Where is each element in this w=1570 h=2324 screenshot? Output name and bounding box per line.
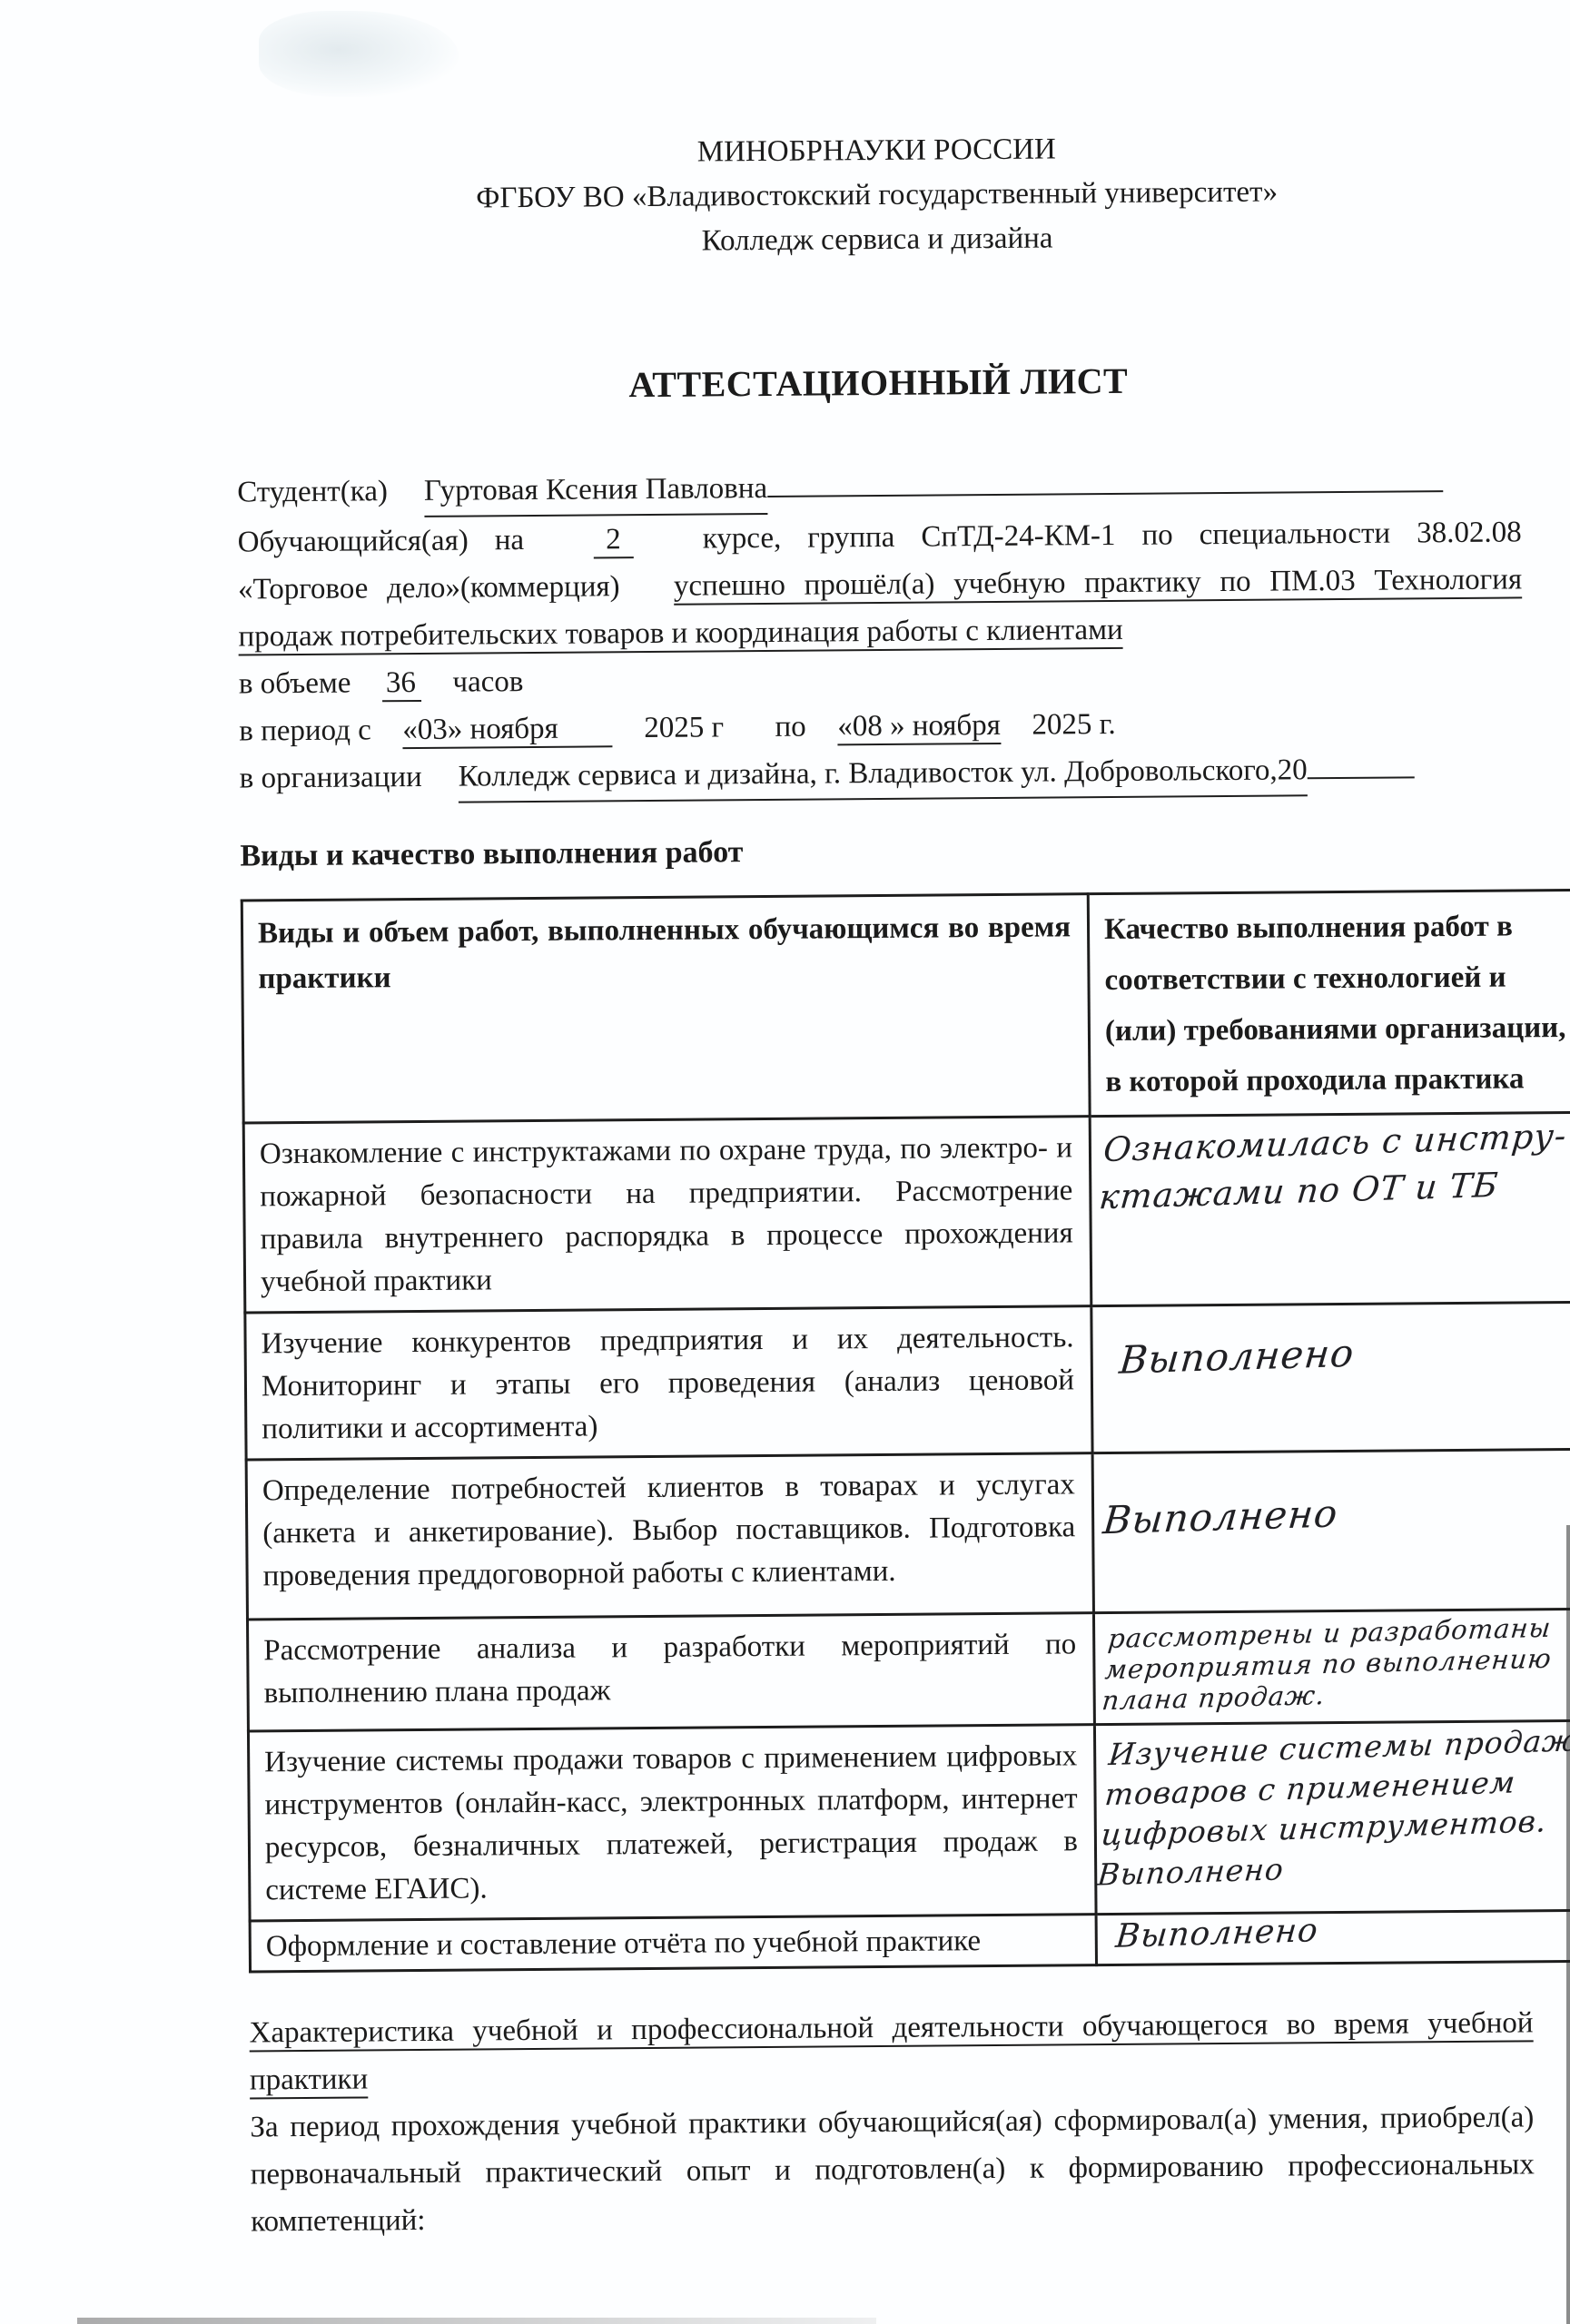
task-cell: Оформление и составление отчёта по учебн… [250,1915,1096,1972]
table-row: Рассмотрение анализа и разработки меропр… [247,1609,1570,1731]
characteristic-paragraph: За период прохождения учебной практики о… [250,2093,1535,2245]
handwritten-note: Выполнено [1101,1449,1570,1541]
handwritten-note: Изучение системы продаж товаров с примен… [1096,1720,1570,1895]
task-cell: Ознакомление с инструктажами по охране т… [243,1117,1091,1313]
period-prefix: в период с [239,714,371,747]
table-row: Изучение системы продажи товаров с приме… [248,1720,1570,1921]
blank-underline [767,490,1443,497]
organization-line: в организации Колледж сервиса и дизайна,… [240,744,1524,804]
col-header-tasks: Виды и объем работ, выполненных обучающи… [242,894,1090,1123]
handwritten-note: Выполнено [1101,1302,1570,1382]
document-content: МИНОБРНАУКИ РОССИИ ФГБОУ ВО «Владивосток… [233,0,1535,2245]
hours-suffix: часов [452,665,523,699]
student-name: Гуртовая Ксения Павловна [424,465,768,517]
course-line-prefix: Обучающийся(ая) на [238,524,525,558]
hours-value: 36 [382,666,421,702]
specialty-name: «Торговое дело»(коммерция) [238,570,620,606]
period-date-from: «03» ноября [402,712,613,749]
task-cell: Изучение конкурентов предприятия и их де… [245,1306,1092,1460]
org-header-line-3: Колледж сервиса и дизайна [235,212,1519,267]
works-quality-table: Виды и объем работ, выполненных обучающи… [241,889,1570,1974]
period-year-to: 2025 г. [1032,708,1116,742]
student-info-block: Студент(ка) Гуртовая Ксения Павловна Обу… [237,458,1524,804]
characteristic-heading: Характеристика учебной и профессионально… [249,1999,1534,2103]
course-line-rest: курсе, группа СпТД-24-КМ-1 по специально… [703,516,1522,555]
task-cell: Изучение системы продажи товаров с приме… [248,1725,1096,1921]
organization-label: в организации [240,753,422,803]
hours-prefix: в объеме [239,667,351,701]
col-header-quality: Качество выполнения работ в соответствии… [1088,890,1570,1116]
handwritten-note: рассмотрены и разработаны мероприятия по… [1101,1611,1570,1716]
practice-line-1: «Торговое дело»(коммерция) успешно прошё… [238,556,1522,613]
characteristic-heading-text: Характеристика учебной и профессионально… [249,2006,1533,2096]
student-label: Студент(ка) [237,468,388,516]
practice-module-cont: продаж потребительских товаров и координ… [238,614,1122,656]
works-section-heading: Виды и качество выполнения работ [240,823,1524,879]
period-po: по [775,711,805,743]
task-cell: Определение потребностей клиентов в това… [246,1453,1093,1620]
characteristic-section: Характеристика учебной и профессионально… [249,1999,1535,2245]
period-year-from: 2025 г [644,711,724,744]
handwritten-note: Ознакомилась с инстру- ктажами по ОТ и Т… [1097,1112,1570,1221]
organization-value: Колледж сервиса и дизайна, г. Владивосто… [459,746,1308,803]
blank-underline [1308,776,1415,779]
table-row: Ознакомление с инструктажами по охране т… [243,1112,1570,1313]
table-row: Определение потребностей клиентов в това… [246,1449,1570,1620]
table-row: Оформление и составление отчёта по учебн… [250,1910,1570,1972]
document-title: АТТЕСТАЦИОННЫЙ ЛИСТ [236,355,1520,410]
table-row: Изучение конкурентов предприятия и их де… [245,1302,1570,1460]
table-header-row: Виды и объем работ, выполненных обучающи… [242,890,1570,1123]
task-cell: Рассмотрение анализа и разработки меропр… [247,1613,1094,1731]
scan-edge-bottom [77,2318,876,2324]
practice-module: успешно прошёл(а) учебную практику по ПМ… [674,563,1522,605]
org-header: МИНОБРНАУКИ РОССИИ ФГБОУ ВО «Владивосток… [234,123,1519,267]
course-number: 2 [593,523,634,558]
scanned-document-page: МИНОБРНАУКИ РОССИИ ФГБОУ ВО «Владивосток… [0,0,1570,2324]
period-date-to: «08 » ноября [837,709,1001,745]
